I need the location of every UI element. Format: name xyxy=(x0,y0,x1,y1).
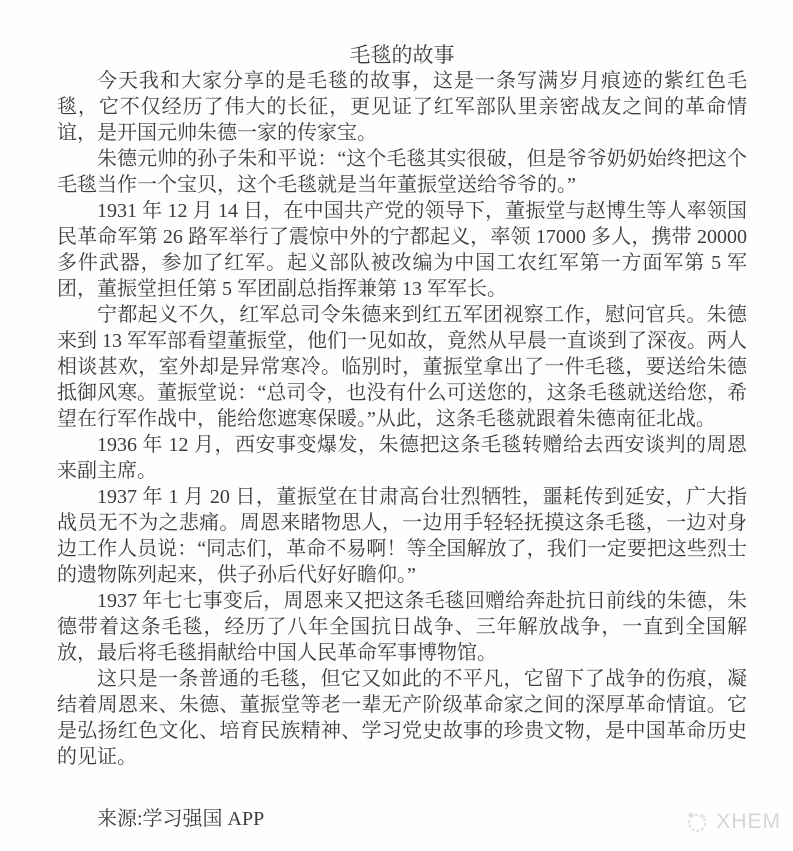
source-line: 来源:学习强国 APP xyxy=(57,806,747,832)
paragraph-blanket-gift: 宁都起义不久，红军总司令朱德来到红五军团视察工作，慰问官兵。朱德来到 13 军军… xyxy=(57,302,747,432)
paragraph-1931-uprising: 1931 年 12 月 14 日，在中国共产党的领导下，董振堂与赵博生等人率领国… xyxy=(57,198,747,302)
watermark: XHEM xyxy=(684,809,781,835)
watermark-logo-icon xyxy=(684,809,710,835)
watermark-text: XHEM xyxy=(716,810,781,834)
document-page: 毛毯的故事 今天我和大家分享的是毛毯的故事，这是一条写满岁月痕迹的紫红色毛毯，它… xyxy=(0,0,793,851)
paragraph-quote-zhuheping: 朱德元帅的孙子朱和平说：“这个毛毯其实很破，但是爷爷奶奶始终把这个毛毯当作一个宝… xyxy=(57,146,747,198)
paragraph-1936-xian: 1936 年 12 月，西安事变爆发，朱德把这条毛毯转赠给去西安谈判的周恩来副主… xyxy=(57,432,747,484)
document-title: 毛毯的故事 xyxy=(57,42,747,68)
paragraph-conclusion: 这只是一条普通的毛毯，但它又如此的不平凡，它留下了战争的伤痕，凝结着周恩来、朱德… xyxy=(57,666,747,770)
paragraph-1937-return: 1937 年七七事变后，周恩来又把这条毛毯回赠给奔赴抗日前线的朱德，朱德带着这条… xyxy=(57,588,747,666)
paragraph-1937-sacrifice: 1937 年 1 月 20 日，董振堂在甘肃高台壮烈牺牲，噩耗传到延安，广大指战… xyxy=(57,484,747,588)
paragraph-intro: 今天我和大家分享的是毛毯的故事，这是一条写满岁月痕迹的紫红色毛毯，它不仅经历了伟… xyxy=(57,68,747,146)
document-content: 毛毯的故事 今天我和大家分享的是毛毯的故事，这是一条写满岁月痕迹的紫红色毛毯，它… xyxy=(0,0,793,832)
